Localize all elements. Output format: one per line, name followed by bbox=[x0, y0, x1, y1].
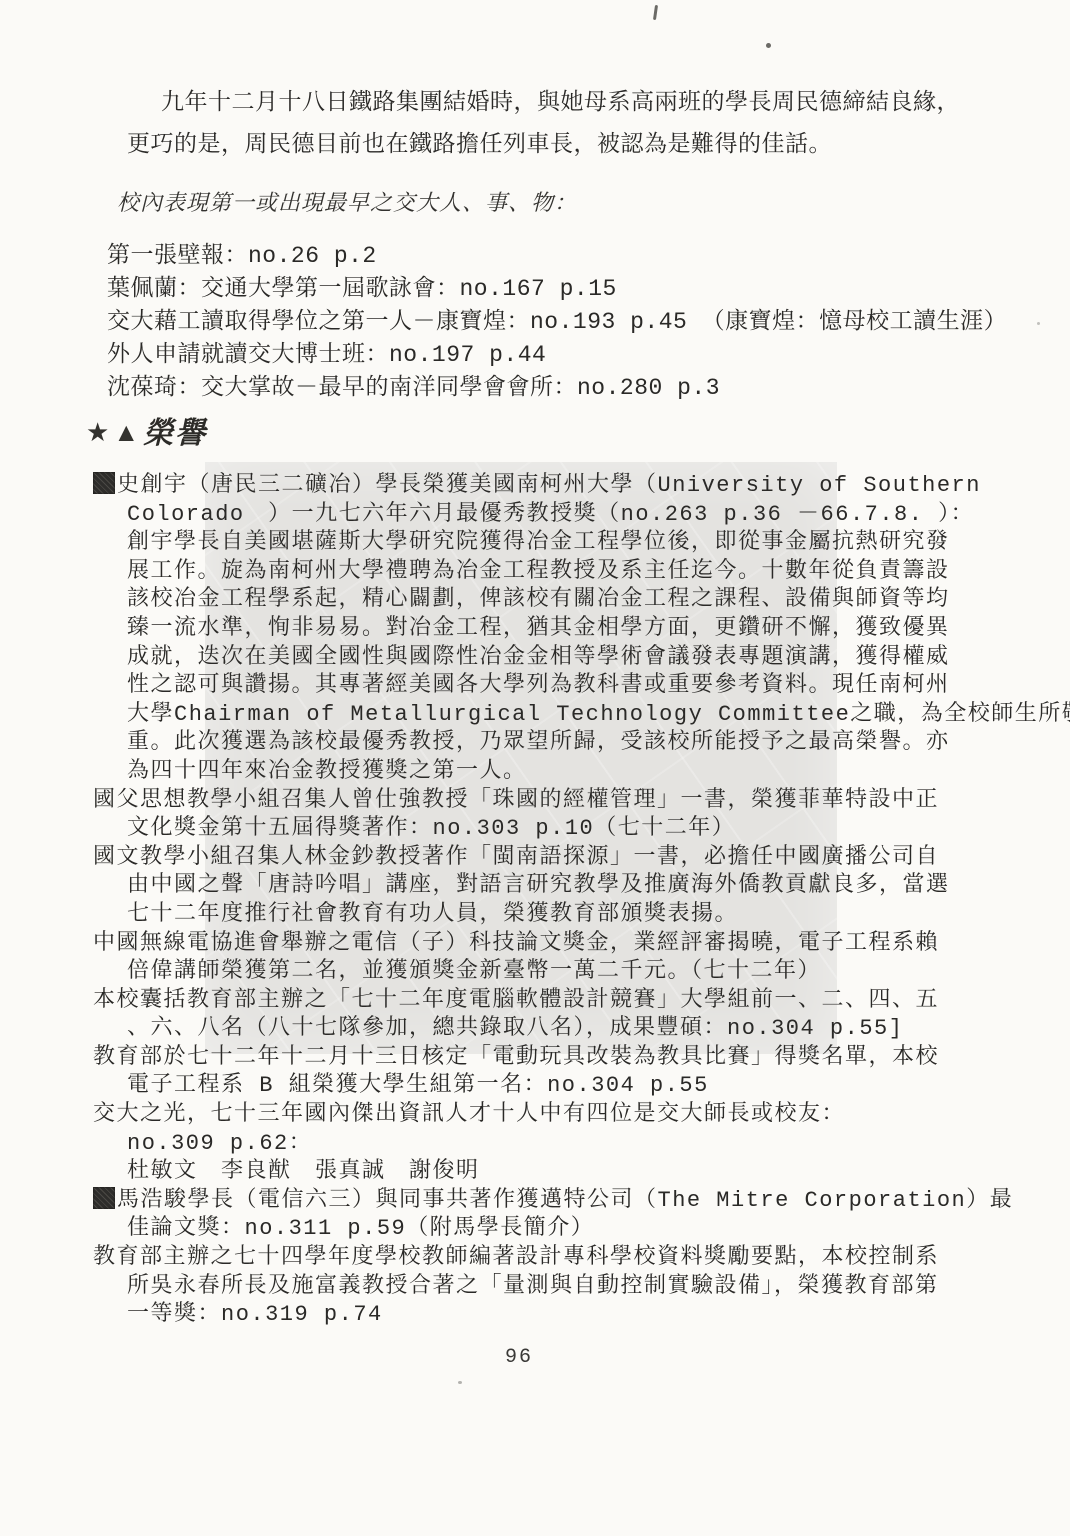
text-line-content: 馬浩駿學長（電信六三）與同事共著作獲邁特公司（The Mitre Corpora… bbox=[117, 1188, 1013, 1213]
text-line: 、六、八名（八十七隊參加，總共錄取八名），成果豐碩：no.304 p.55] bbox=[127, 1015, 1003, 1044]
text-line: 由中國之聲「唐詩吟唱」講座，對語言研究教學及推廣海外僑教貢獻良多，當選 bbox=[127, 872, 1003, 901]
text-line: 教育部主辦之七十四學年度學校教師編著設計專科學校資料獎勵要點，本校控制系 bbox=[93, 1244, 1003, 1273]
list-item: 外人申請就讀交大博士班：no.197 p.44 bbox=[107, 339, 1037, 372]
text-line: 性之認可與讚揚。其專著經美國各大學列為教科書或重要參考資料。現任南柯州 bbox=[127, 672, 1003, 701]
list-item: 沈葆琦：交大掌故－最早的南洋同學會會所：no.280 p.3 bbox=[107, 372, 1037, 405]
text-line: 更巧的是，周民德目前也在鐵路擔任列車長，被認為是難得的佳話。 bbox=[127, 124, 1007, 166]
scan-speck bbox=[766, 43, 771, 48]
text-line: 一等獎：no.319 p.74 bbox=[127, 1301, 1003, 1330]
firsts-section-heading: 校內表現第一或出現最早之交大人、事、物： bbox=[117, 186, 817, 217]
text-line: 本校囊括教育部主辦之「七十二年度電腦軟體設計競賽」大學組前一、二、四、五 bbox=[93, 987, 1003, 1016]
scan-speck bbox=[458, 1381, 462, 1384]
text-line: 交大之光，七十三年國內傑出資訊人才十人中有四位是交大師長或校友： bbox=[93, 1101, 1003, 1130]
scan-speck bbox=[1037, 322, 1040, 325]
text-line: 九年十二月十八日鐵路集團結婚時，與她母系高兩班的學長周民德締結良緣， bbox=[127, 82, 1007, 124]
honors-title: 榮譽 bbox=[143, 417, 207, 450]
text-line: Colorado ）一九七六年六月最優秀教授獎（no.263 p.36 －66.… bbox=[127, 501, 1003, 530]
censor-stamp bbox=[93, 1187, 115, 1209]
text-line: 倍偉講師榮獲第二名，並獲頒獎金新臺幣一萬二千元。（七十二年） bbox=[127, 958, 1003, 987]
text-line: 佳論文獎：no.311 p.59（附馬學長簡介） bbox=[127, 1215, 1003, 1244]
text-line: 文化獎金第十五屆得獎著作：no.303 p.10（七十二年） bbox=[127, 815, 1003, 844]
text-line: 成就，迭次在美國全國性與國際性冶金金相等學術會議發表專題演講，獲得權威 bbox=[127, 644, 1003, 673]
text-line: 大學Chairman of Metallurgical Technology C… bbox=[127, 701, 1003, 730]
text-line-content: 史創宇（唐民三二礦冶）學長榮獲美國南柯州大學（University of Sou… bbox=[117, 473, 981, 498]
page-number: 96 bbox=[505, 1346, 533, 1369]
list-item: 第一張壁報：no.26 p.2 bbox=[107, 240, 1037, 273]
text-line: 馬浩駿學長（電信六三）與同事共著作獲邁特公司（The Mitre Corpora… bbox=[93, 1187, 1003, 1216]
text-line: 為四十四年來冶金教授獲獎之第一人。 bbox=[127, 758, 1003, 787]
text-line: 七十二年度推行社會教育有功人員，榮獲教育部頒獎表揚。 bbox=[127, 901, 1003, 930]
text-line: 電子工程系 B 組榮獲大學生組第一名：no.304 p.55 bbox=[127, 1072, 1003, 1101]
triangle-icon: ▲ bbox=[113, 418, 141, 447]
text-line: 重。此次獲選為該校最優秀教授，乃眾望所歸，受該校所能授予之最高榮譽。亦 bbox=[127, 729, 1003, 758]
list-item: 交大藉工讀取得學位之第一人－康寶煌：no.193 p.45 （康寶煌：憶母校工讀… bbox=[107, 306, 1037, 339]
text-line: 史創宇（唐民三二礦冶）學長榮獲美國南柯州大學（University of Sou… bbox=[93, 472, 1003, 501]
honors-body: 史創宇（唐民三二礦冶）學長榮獲美國南柯州大學（University of Sou… bbox=[93, 472, 1003, 1330]
censor-stamp bbox=[93, 472, 115, 494]
text-line: 創宇學長自美國堪薩斯大學研究院獲得冶金工程學位後，即從事金屬抗熱研究發 bbox=[127, 529, 1003, 558]
text-line: 國文教學小組召集人林金鈔教授著作「閩南語探源」一書，必擔任中國廣播公司自 bbox=[93, 844, 1003, 873]
text-line: 所吳永春所長及施富義教授合著之「量測與自動控制實驗設備」，榮獲教育部第 bbox=[127, 1273, 1003, 1302]
star-icon: ★ bbox=[86, 418, 111, 447]
list-item: 葉佩蘭：交通大學第一屆歌詠會：no.167 p.15 bbox=[107, 273, 1037, 306]
intro-paragraph: 九年十二月十八日鐵路集團結婚時，與她母系高兩班的學長周民德締結良緣， 更巧的是，… bbox=[127, 82, 1007, 166]
text-line: 杜敏文 李良猷 張真誠 謝俊明 bbox=[127, 1158, 1003, 1187]
scanned-document-page: 九年十二月十八日鐵路集團結婚時，與她母系高兩班的學長周民德締結良緣， 更巧的是，… bbox=[0, 0, 1070, 1536]
honors-section-heading: ★▲榮譽 bbox=[86, 408, 486, 452]
scan-speck bbox=[653, 5, 658, 20]
text-line: 教育部於七十二年十二月十三日核定「電動玩具改裝為教具比賽」得獎名單，本校 bbox=[93, 1044, 1003, 1073]
text-line: 該校冶金工程學系起，精心闢劃，俾該校有關冶金工程之課程、設備與師資等均 bbox=[127, 586, 1003, 615]
text-line: 臻一流水準，恂非易易。對冶金工程，猶其金相學方面，更鑽研不懈，獲致優異 bbox=[127, 615, 1003, 644]
text-line: 國父思想教學小組召集人曾仕強教授「珠國的經權管理」一書，榮獲菲華特設中正 bbox=[93, 787, 1003, 816]
text-line: 展工作。旋為南柯州大學禮聘為冶金工程教授及系主任迄今。十數年從負責籌設 bbox=[127, 558, 1003, 587]
firsts-list: 第一張壁報：no.26 p.2 葉佩蘭：交通大學第一屆歌詠會：no.167 p.… bbox=[107, 240, 1037, 405]
text-line: 中國無線電協進會舉辦之電信（子）科技論文獎金，業經評審揭曉，電子工程系賴 bbox=[93, 930, 1003, 959]
text-line: no.309 p.62： bbox=[127, 1130, 1003, 1159]
